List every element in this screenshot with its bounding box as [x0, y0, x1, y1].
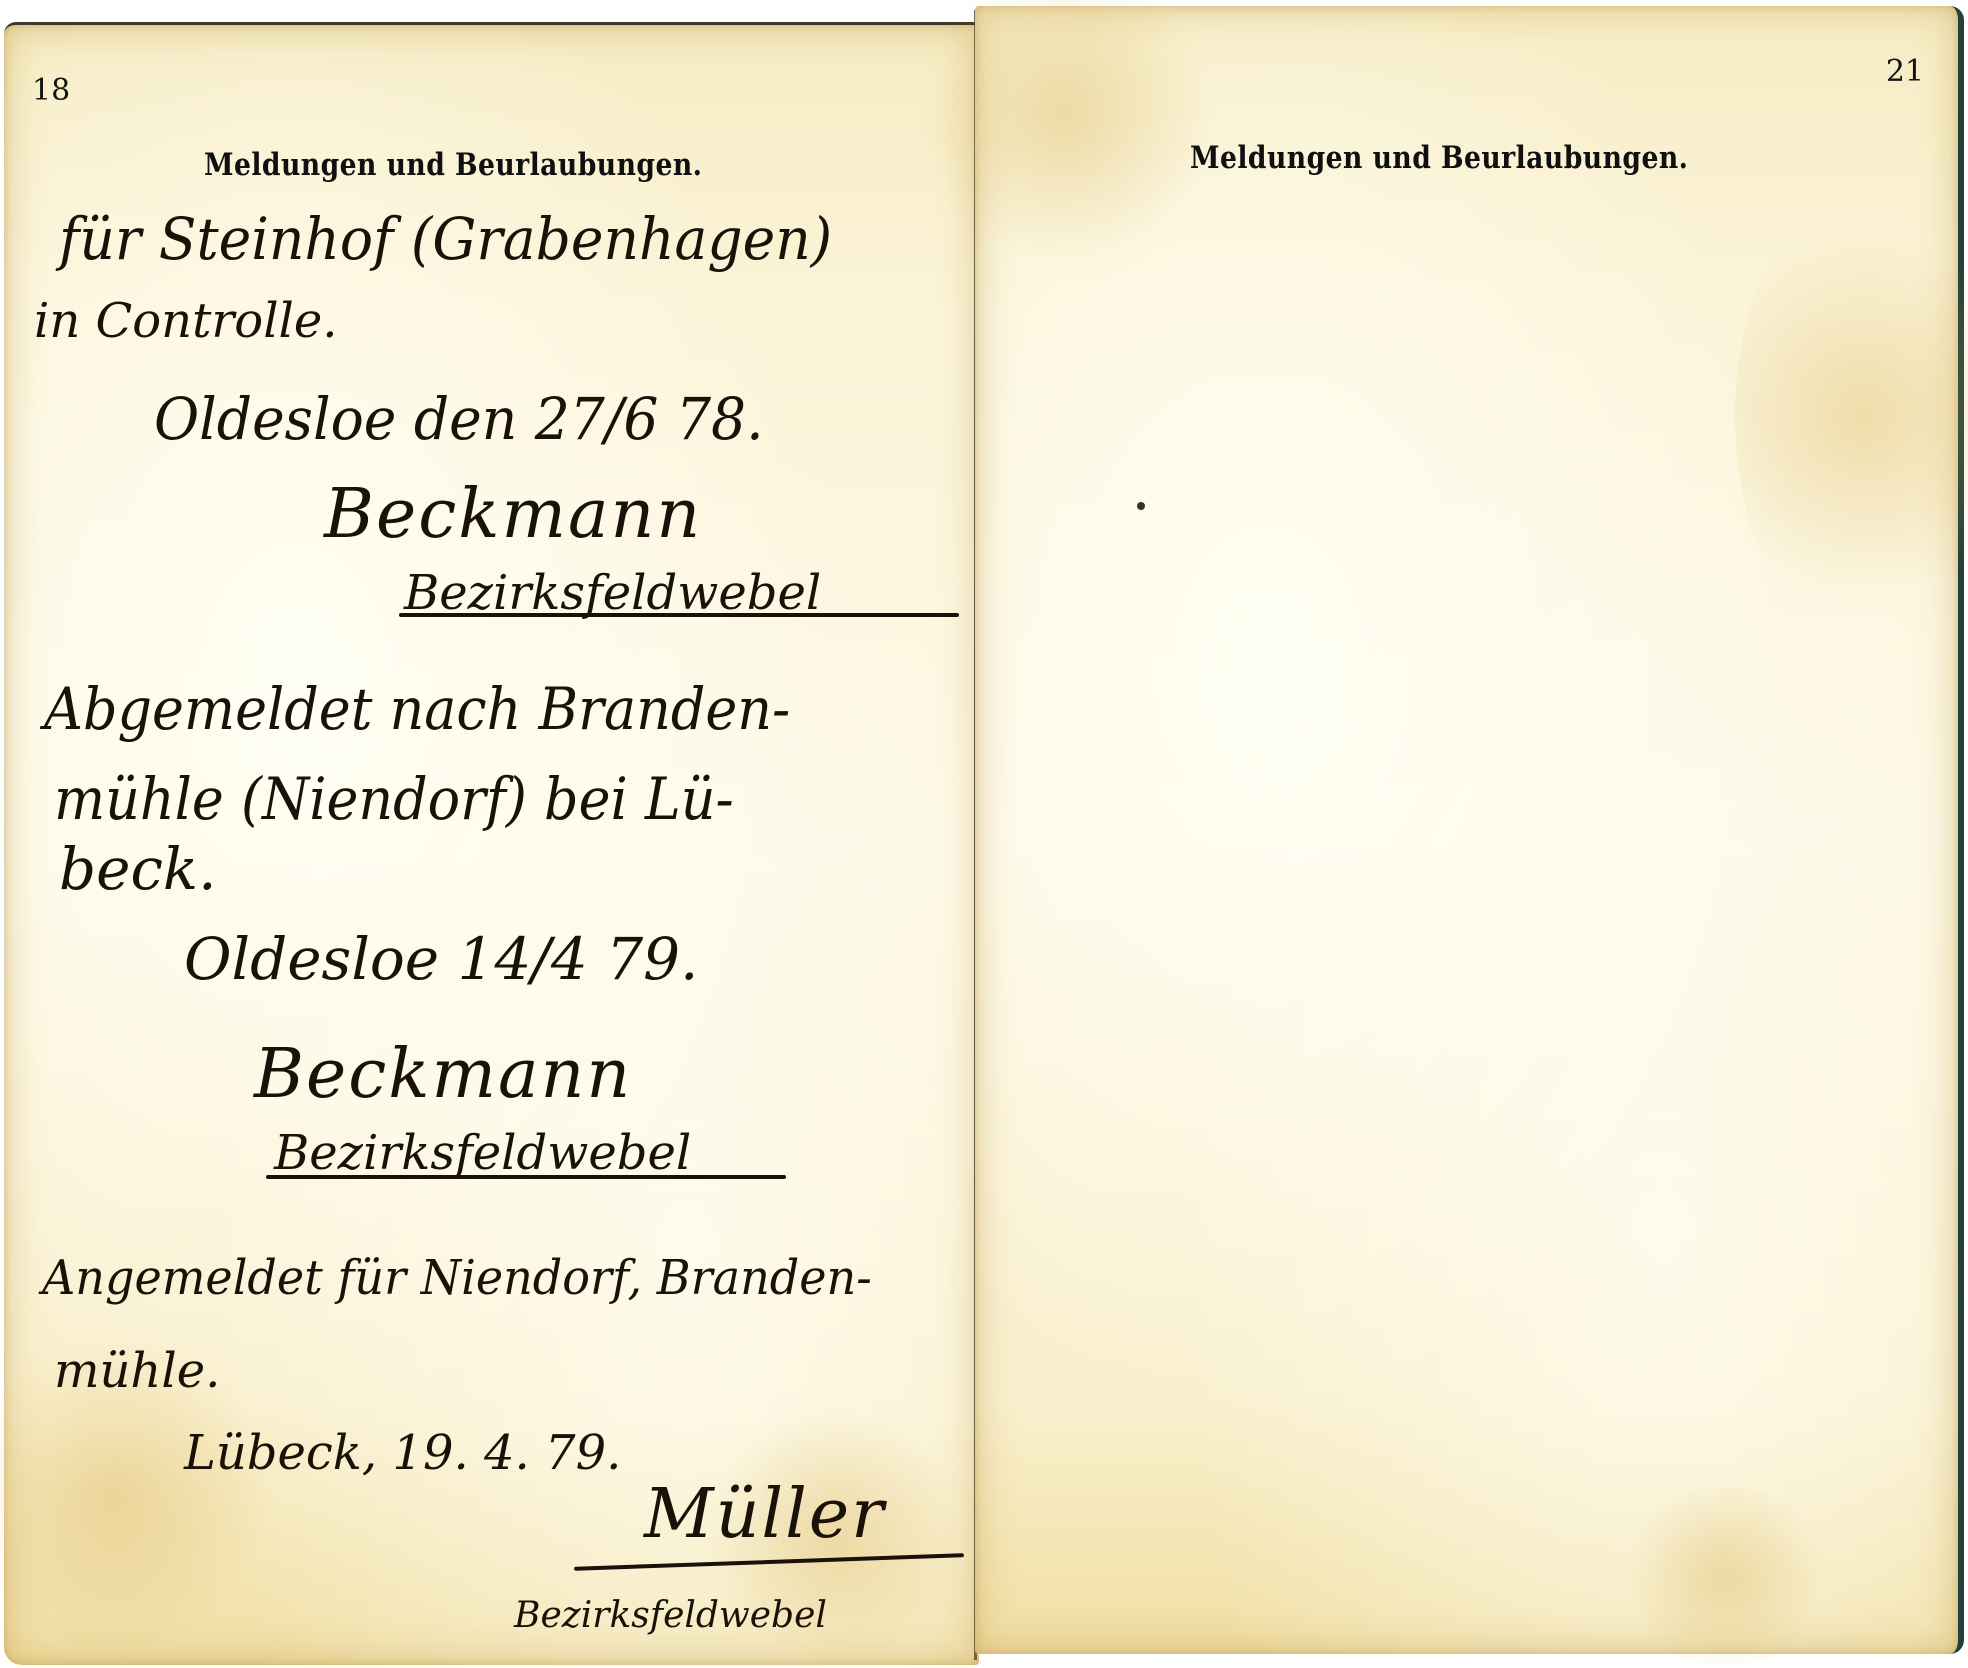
page-heading: Meldungen und Beurlaubungen.	[204, 147, 702, 183]
signature: Beckmann	[324, 475, 702, 554]
place-date: Oldesloe 14/4 79.	[184, 925, 698, 993]
handwritten-line: mühle (Niendorf) bei Lü-	[54, 765, 734, 833]
age-stain	[1735, 186, 1968, 646]
official-title: Bezirksfeldwebel	[274, 1125, 691, 1181]
document-spread: 18 Meldungen und Beurlaubungen. für Stei…	[0, 0, 1968, 1668]
left-page: 18 Meldungen und Beurlaubungen. für Stei…	[4, 22, 979, 1665]
page-heading: Meldungen und Beurlaubungen.	[1190, 140, 1688, 176]
official-title: Bezirksfeldwebel	[514, 1595, 827, 1636]
handwritten-line: Angemeldet für Niendorf, Branden-	[42, 1250, 872, 1306]
handwritten-line: Abgemeldet nach Branden-	[44, 675, 790, 743]
signature-flourish	[399, 613, 959, 617]
handwritten-line: beck.	[59, 835, 217, 903]
age-stain	[1615, 1486, 1835, 1666]
handwritten-line: für Steinhof (Grabenhagen)	[59, 205, 832, 273]
signature: Beckmann	[254, 1035, 632, 1114]
handwritten-line: mühle.	[54, 1343, 220, 1399]
right-page: 21 Meldungen und Beurlaubungen.	[975, 6, 1964, 1654]
place-date: Lübeck, 19. 4. 79.	[184, 1425, 621, 1481]
page-number: 18	[32, 73, 70, 108]
place-date: Oldesloe den 27/6 78.	[154, 385, 764, 453]
ink-spot	[1137, 502, 1145, 510]
handwritten-line: in Controlle.	[34, 293, 338, 349]
page-number: 21	[1886, 54, 1924, 89]
signature: Müller	[644, 1475, 886, 1554]
signature-flourish	[266, 1175, 786, 1179]
